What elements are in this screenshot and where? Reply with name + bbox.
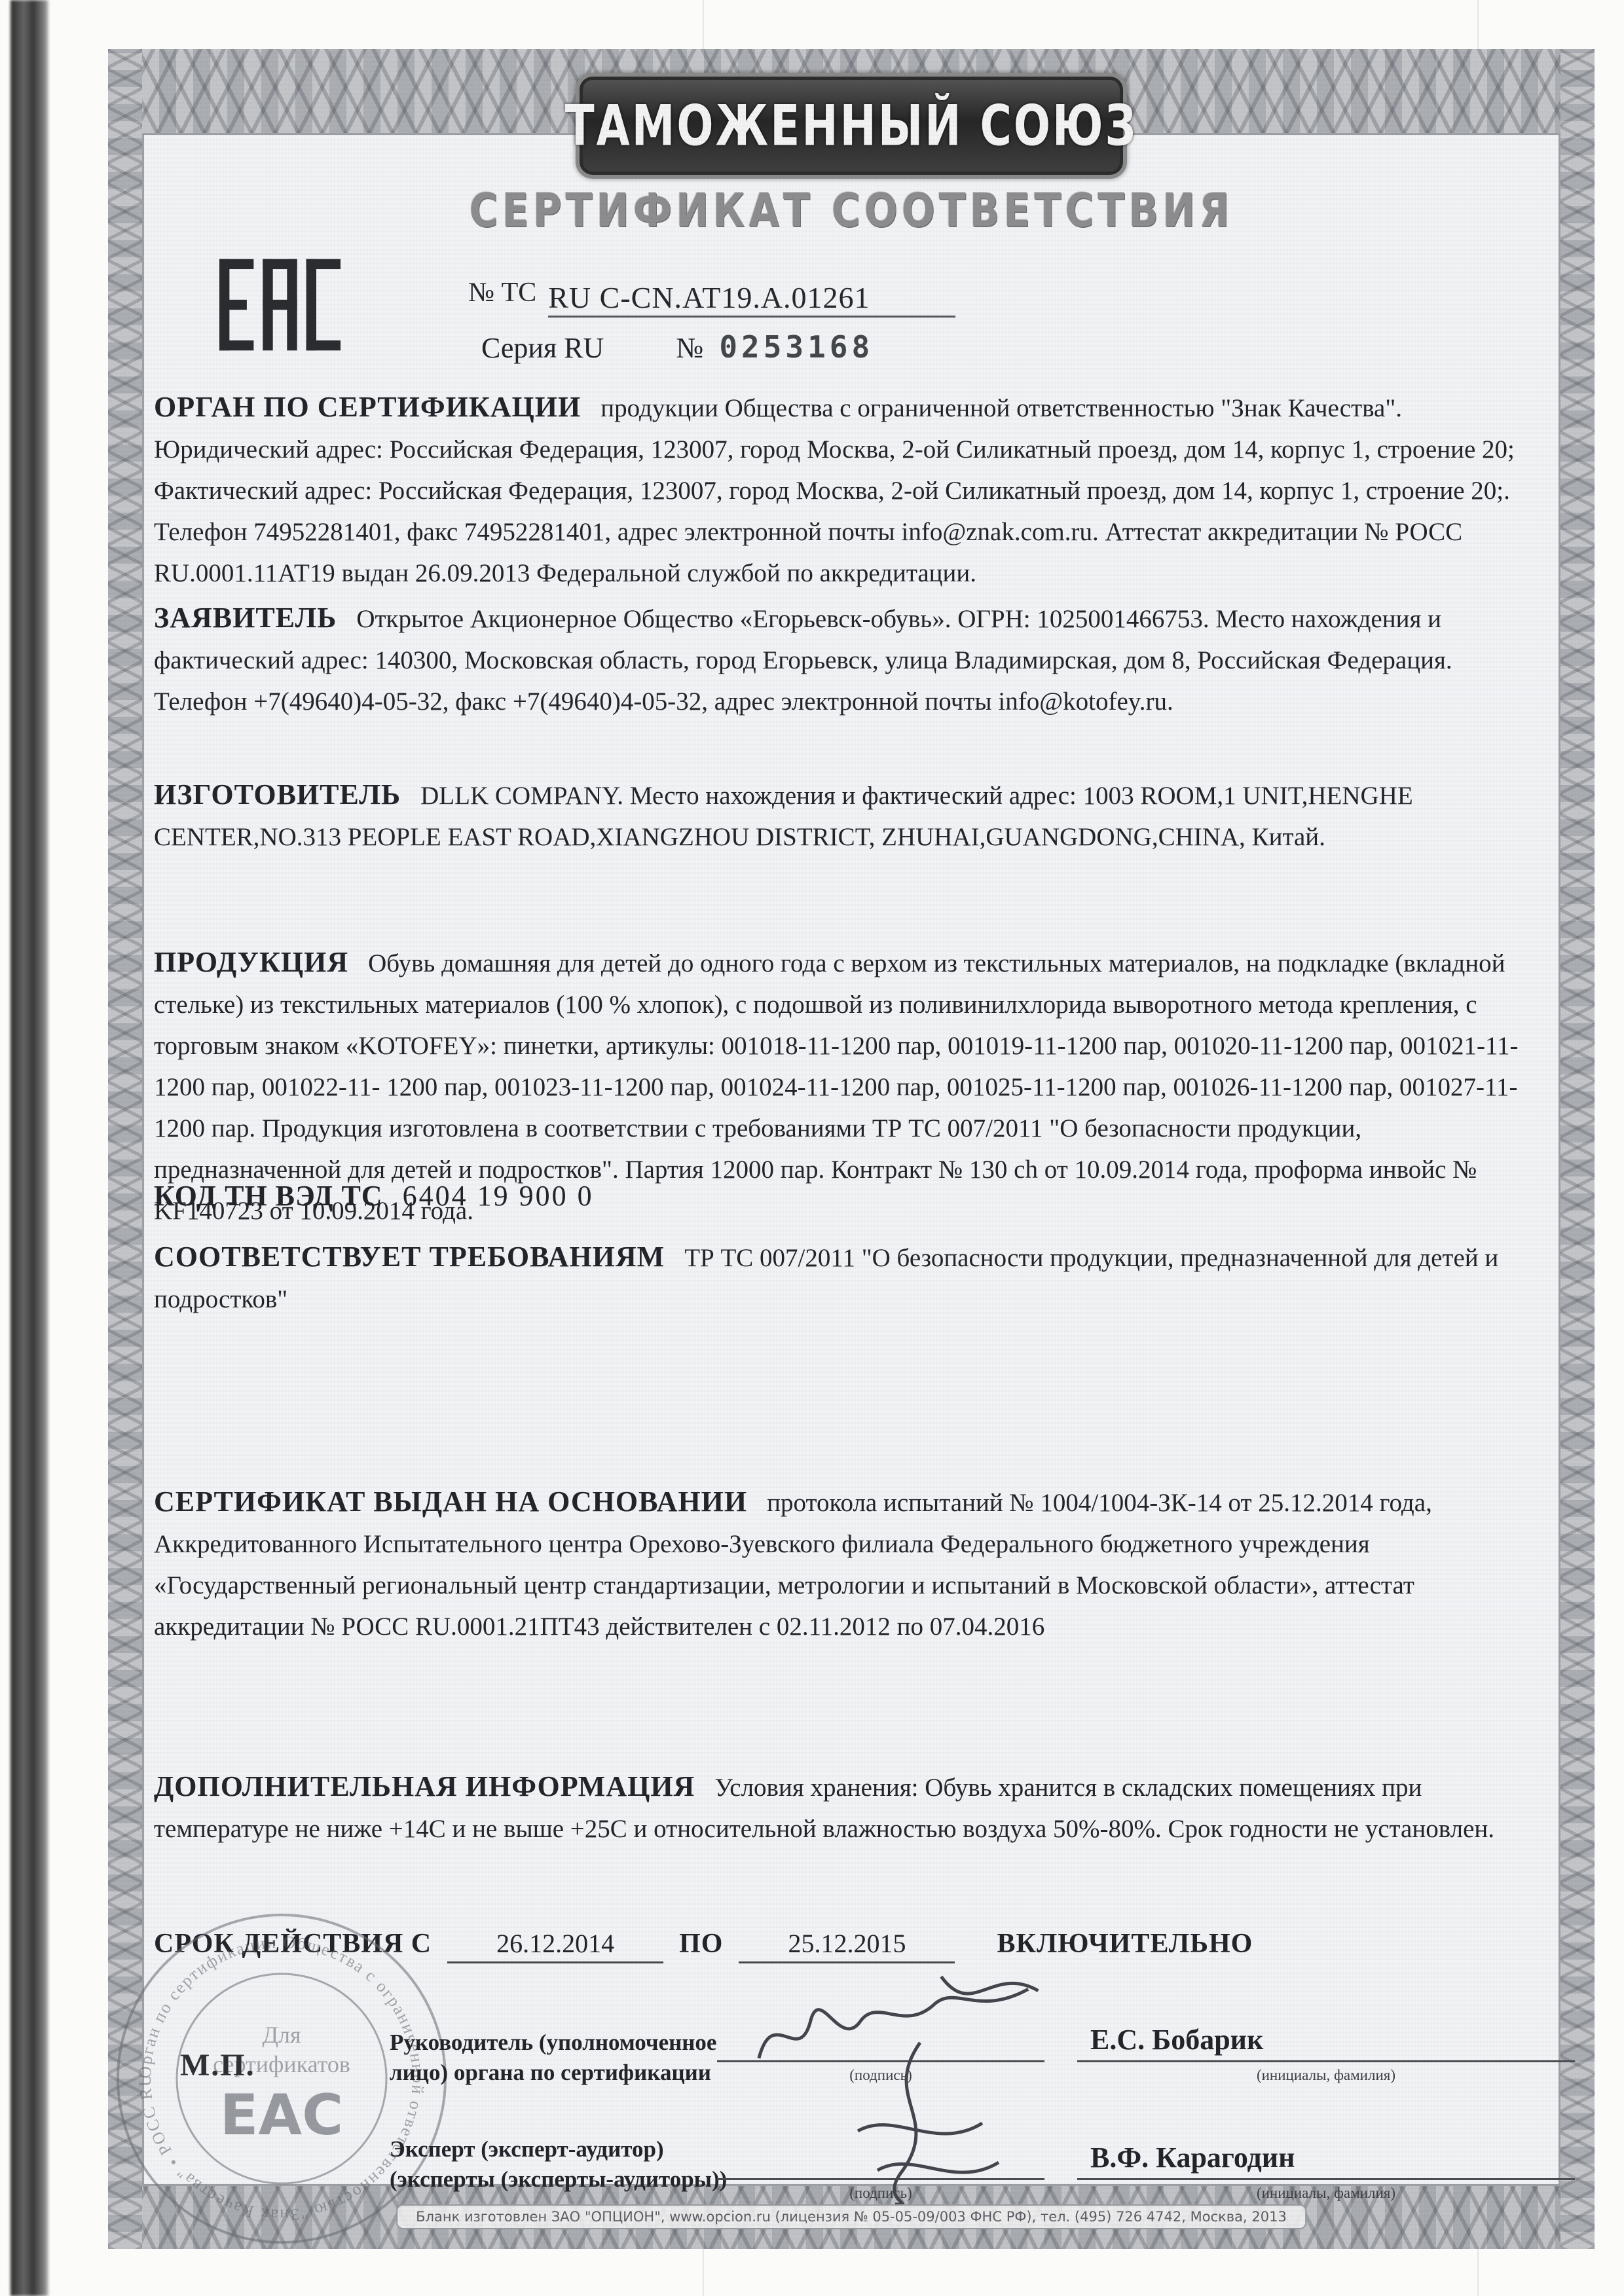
series-line: Серия RU№0253168	[481, 329, 874, 365]
section-applicant: ЗАЯВИТЕЛЬОткрытое Акционерное Общество «…	[154, 597, 1536, 722]
customs-union-banner: ТАМОЖЕННЫЙ СОЮЗ	[576, 73, 1127, 179]
head-name-line	[1077, 2060, 1575, 2062]
validity-inclusive-label: ВКЛЮЧИТЕЛЬНО	[997, 1929, 1253, 1959]
section-certification-body: ОРГАН ПО СЕРТИФИКАЦИИпродукции Общества …	[154, 386, 1536, 594]
certificate-number-label: № ТС	[468, 278, 536, 308]
expert-role-line1: Эксперт (эксперт-аудитор)	[390, 2134, 743, 2164]
series-label: Серия RU	[481, 332, 604, 364]
section-hs-code: КОД ТН ВЭД ТС6404 19 900 0	[154, 1175, 1536, 1218]
series-no-sign: №	[676, 332, 703, 364]
expert-signature-handwriting	[783, 2039, 1031, 2210]
validity-to-label: ПО	[679, 1929, 723, 1959]
section-heading: СЕРТИФИКАТ ВЫДАН НА ОСНОВАНИИ	[154, 1485, 747, 1518]
blank-manufacturer-fineprint: Бланк изготовлен ЗАО "ОПЦИОН", www.opcio…	[396, 2204, 1306, 2229]
section-issued-on-basis: СЕРТИФИКАТ ВЫДАН НА ОСНОВАНИИпротокола и…	[154, 1481, 1536, 1647]
certificate-number-value: RU C-CN.АТ19.А.01261	[548, 281, 955, 318]
section-heading: ПРОДУКЦИЯ	[154, 946, 348, 978]
section-heading: ИЗГОТОВИТЕЛЬ	[154, 778, 401, 811]
certificate-number-line: № ТСRU C-CN.АТ19.А.01261	[468, 277, 955, 315]
section-heading: ЗАЯВИТЕЛЬ	[154, 602, 337, 634]
scan-binding-edge	[10, 0, 48, 2296]
section-heading: КОД ТН ВЭД ТС	[154, 1180, 383, 1212]
section-heading: ОРГАН ПО СЕРТИФИКАЦИИ	[154, 391, 581, 423]
certificate-title: СЕРТИФИКАТ СООТВЕТСТВИЯ	[108, 184, 1595, 238]
stamp-eac-mark: ЕАС	[220, 2083, 343, 2148]
validity-to-date: 25.12.2015	[739, 1928, 955, 1963]
certificate-sheet: ТАМОЖЕННЫЙ СОЮЗ СЕРТИФИКАТ СООТВЕТСТВИЯ …	[108, 49, 1595, 2249]
head-name-sublabel: (инициалы, фамилия)	[1077, 2067, 1575, 2084]
stamp-place-label: М.П.	[180, 2047, 255, 2083]
section-additional-info: ДОПОЛНИТЕЛЬНАЯ ИНФОРМАЦИЯУсловия хранени…	[154, 1766, 1536, 1850]
expert-name-sublabel: (инициалы, фамилия)	[1077, 2185, 1575, 2202]
head-role-label: Руководитель (уполномоченное лицо) орган…	[390, 2028, 743, 2088]
eac-mark-glyph	[219, 238, 341, 372]
head-name: Е.С. Бобарик	[1090, 2023, 1263, 2056]
validity-from-date: 26.12.2014	[447, 1928, 663, 1963]
customs-union-banner-text: ТАМОЖЕННЫЙ СОЮЗ	[565, 93, 1138, 158]
expert-role-label: Эксперт (эксперт-аудитор) (эксперты (экс…	[390, 2134, 743, 2195]
section-text: Открытое Акционерное Общество «Егорьевск…	[154, 605, 1452, 716]
section-complies-with: СООТВЕТСТВУЕТ ТРЕБОВАНИЯМТР ТС 007/2011 …	[154, 1236, 1536, 1320]
stamp-inner-line1: Для	[262, 2022, 301, 2048]
expert-signature-sublabel: (подпись)	[717, 2185, 1044, 2202]
expert-name-line	[1077, 2178, 1575, 2180]
expert-name: В.Ф. Карагодин	[1090, 2141, 1295, 2174]
hs-code-value: 6404 19 900 0	[403, 1180, 594, 1212]
section-manufacturer: ИЗГОТОВИТЕЛЬDLLK COMPANY. Место нахожден…	[154, 774, 1536, 858]
section-heading: СООТВЕТСТВУЕТ ТРЕБОВАНИЯМ	[154, 1241, 665, 1273]
expert-role-line2: (эксперты (эксперты-аудиторы))	[390, 2164, 743, 2195]
series-number: 0253168	[719, 329, 874, 365]
eac-mark-logo	[219, 238, 341, 375]
head-signature-sublabel: (подпись)	[717, 2067, 1044, 2084]
border-right	[1560, 49, 1595, 2249]
head-signature-line	[717, 2060, 1044, 2062]
section-text: продукции Общества с ограниченной ответс…	[154, 394, 1515, 587]
expert-signature-line	[717, 2178, 1044, 2180]
section-heading: ДОПОЛНИТЕЛЬНАЯ ИНФОРМАЦИЯ	[154, 1770, 695, 1802]
